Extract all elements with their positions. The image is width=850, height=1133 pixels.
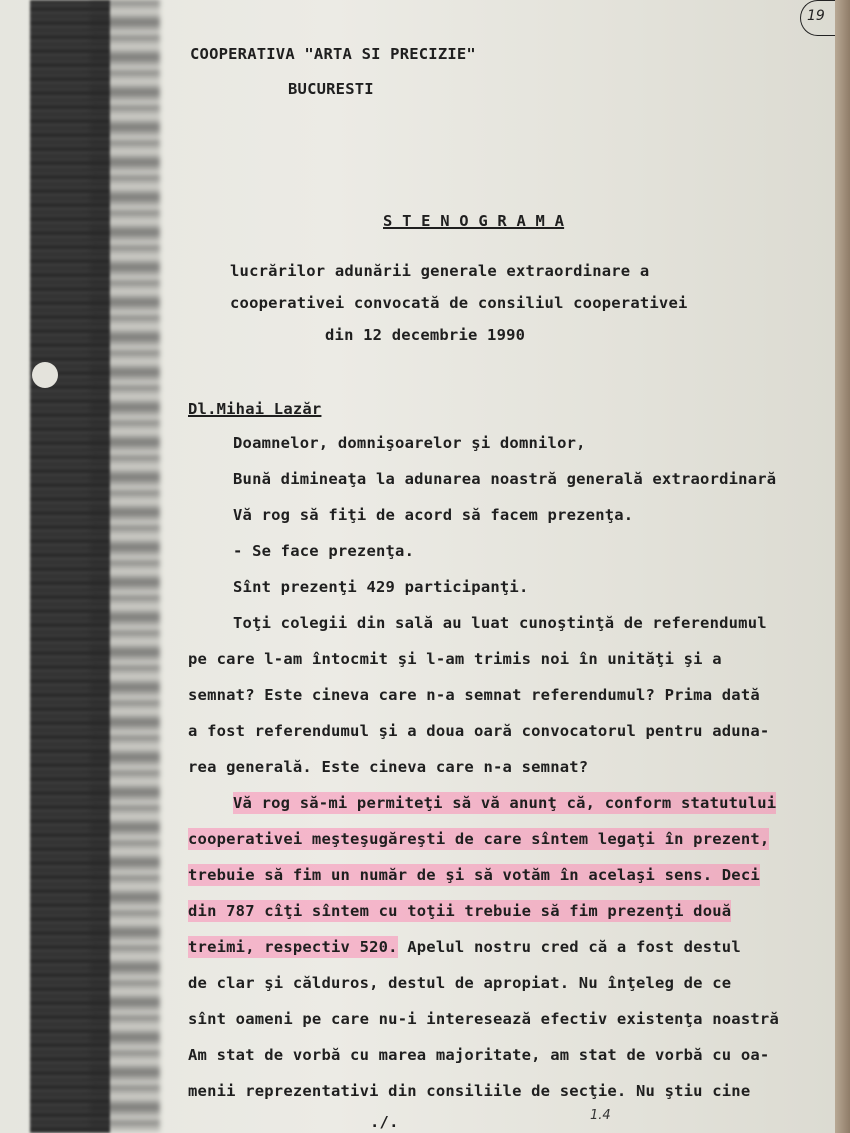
table-edge	[835, 0, 850, 1133]
speaker-name: Dl.Mihai Lazăr	[188, 400, 321, 418]
transcript-line: rea generală. Este cineva care n-a semna…	[188, 758, 588, 776]
transcript-line: trebuie să fim un număr de şi să votăm î…	[188, 866, 760, 884]
transcript-line: Vă rog să fiţi de acord să facem prezenţ…	[233, 506, 633, 524]
document-page: COOPERATIVA "ARTA SI PRECIZIE" BUCURESTI…	[0, 0, 835, 1133]
transcript-line: Toţi colegii din sală au luat cunoştinţă…	[233, 614, 767, 632]
transcript-line: sînt oameni pe care nu-i interesează efe…	[188, 1010, 779, 1028]
highlighted-text: Vă rog să-mi permiteţi să vă anunţ că, c…	[233, 792, 776, 814]
transcript-line: Am stat de vorbă cu marea majoritate, am…	[188, 1046, 769, 1064]
transcript-line: Sînt prezenţi 429 participanţi.	[233, 578, 529, 596]
transcript-line: din 787 cîţi sîntem cu toţii trebuie să …	[188, 902, 731, 920]
transcript-line: Doamnelor, domnişoarelor şi domnilor,	[233, 434, 586, 452]
transcript-line: Vă rog să-mi permiteţi să vă anunţ că, c…	[233, 794, 776, 812]
transcript-line: pe care l-am întocmit şi l-am trimis noi…	[188, 650, 722, 668]
transcript-line: a fost referendumul şi a doua oară convo…	[188, 722, 769, 740]
transcript-line: - Se face prezenţa.	[233, 542, 414, 560]
highlighted-text: treimi, respectiv 520.	[188, 936, 398, 958]
subtitle-line-1: lucrărilor adunării generale extraordina…	[230, 262, 649, 280]
punch-hole	[32, 362, 58, 388]
subtitle-line-3: din 12 decembrie 1990	[325, 326, 525, 344]
transcript-line: de clar şi călduros, destul de apropiat.…	[188, 974, 731, 992]
transcript-line: menii reprezentativi din consiliile de s…	[188, 1082, 750, 1100]
organization-name: COOPERATIVA "ARTA SI PRECIZIE"	[190, 45, 476, 63]
document-title: S T E N O G R A M A	[383, 212, 564, 230]
continuation-mark: ./.	[370, 1113, 399, 1131]
transcript-line: cooperativei meşteşugăreşti de care sînt…	[188, 830, 769, 848]
highlighted-text: trebuie să fim un număr de şi să votăm î…	[188, 864, 760, 886]
photocopy-bleed	[30, 0, 110, 1133]
transcript-line: treimi, respectiv 520. Apelul nostru cre…	[188, 938, 741, 956]
line-text: Apelul nostru cred că a fost destul	[398, 938, 741, 956]
subtitle-line-2: cooperativei convocată de consiliul coop…	[230, 294, 688, 312]
transcript-line: semnat? Este cineva care n-a semnat refe…	[188, 686, 760, 704]
transcript-line: Bună dimineaţa la adunarea noastră gener…	[233, 470, 776, 488]
highlighted-text: cooperativei meşteşugăreşti de care sînt…	[188, 828, 769, 850]
handwritten-page-number: 19	[800, 0, 835, 36]
handwritten-mark: 1.4	[590, 1108, 611, 1123]
city-name: BUCURESTI	[288, 80, 374, 98]
highlighted-text: din 787 cîţi sîntem cu toţii trebuie să …	[188, 900, 731, 922]
